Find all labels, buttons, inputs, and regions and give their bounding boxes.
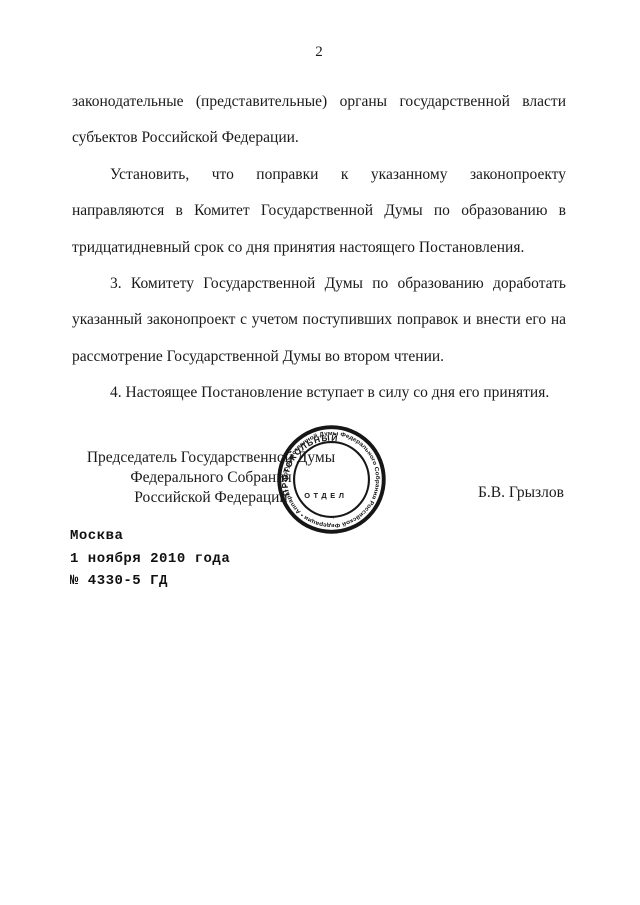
body-paragraph: Установить, что поправки к указанному за…: [72, 157, 566, 266]
page-number: 2: [72, 44, 566, 61]
paragraph-line: законодательные (представительные) орган…: [72, 84, 566, 120]
paragraph-line: 4. Настоящее Постановление вступает в си…: [72, 375, 566, 411]
footer-number: № 4330-5 ГД: [70, 570, 230, 593]
footer-date: 1 ноября 2010 года: [70, 548, 230, 571]
body-paragraph: законодательные (представительные) орган…: [72, 84, 566, 157]
body-paragraph: 3. Комитету Государственной Думы по обра…: [72, 266, 566, 375]
footer-block: Москва 1 ноября 2010 года № 4330-5 ГД: [70, 525, 230, 593]
stamp-inner-circle: [294, 442, 369, 517]
paragraph-line: 3. Комитету Государственной Думы по обра…: [72, 266, 566, 302]
paragraph-line: направляются в Комитет Государственной Д…: [72, 193, 566, 229]
paragraph-line: Установить, что поправки к указанному за…: [72, 157, 566, 193]
stamp-center-text: ОТДЕЛ: [304, 491, 347, 500]
protocol-department-stamp-icon: Государственной Думы Федерального Собран…: [275, 423, 388, 536]
document-body: законодательные (представительные) орган…: [72, 84, 566, 412]
body-paragraph: 4. Настоящее Постановление вступает в си…: [72, 375, 566, 411]
stamp-bottom-marks: · ·: [319, 514, 340, 521]
paragraph-line: субъектов Российской Федерации.: [72, 120, 566, 156]
footer-city: Москва: [70, 525, 230, 548]
stamp-arc-text: ПРОТОКОЛЬНЫЙ: [280, 432, 339, 497]
stamp-ring-text: Государственной Думы Федерального Собран…: [283, 431, 381, 528]
signer-name: Б.В. Грызлов: [478, 484, 564, 502]
paragraph-line: указанный законопроект с учетом поступив…: [72, 302, 566, 338]
document-page: 2 законодательные (представительные) орг…: [0, 0, 640, 905]
paragraph-line: рассмотрение Государственной Думы во вто…: [72, 339, 566, 375]
paragraph-line: тридцатидневный срок со дня принятия нас…: [72, 230, 566, 266]
